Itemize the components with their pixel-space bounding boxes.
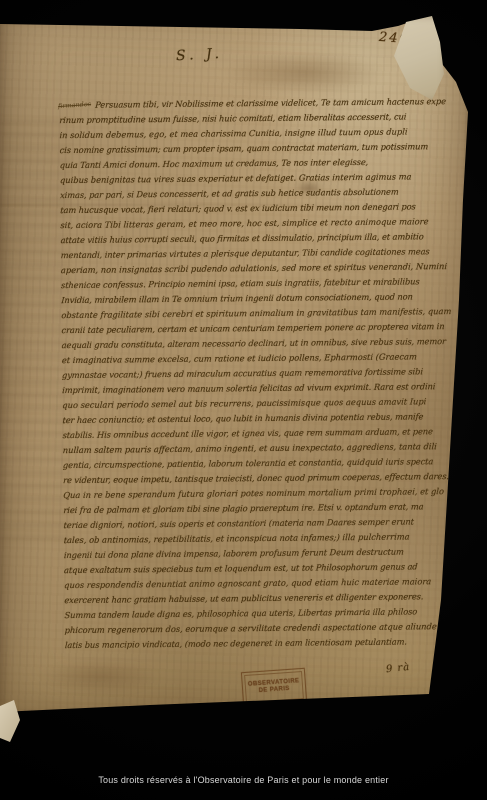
manuscript-page: S. J. 249 firmandos Persuasum tibi, vir … (0, 0, 472, 720)
heading-initials: S. J. (176, 46, 224, 64)
copyright-caption: Tous droits réservés à l'Observatoire de… (0, 775, 487, 785)
folio-footer-note: 9 rà (385, 662, 410, 675)
manuscript-line: latis bus mancipio vindicata, (modo nec … (64, 634, 463, 653)
manuscript-body: Persuasum tibi, vir Nobilissime et clari… (59, 94, 463, 653)
scan-viewport: S. J. 249 firmandos Persuasum tibi, vir … (0, 0, 487, 800)
foxing-stain (40, 660, 160, 694)
ink-showthrough-stain (225, 52, 385, 94)
library-stamp: OBSERVATOIRE DE PARIS (241, 668, 307, 706)
